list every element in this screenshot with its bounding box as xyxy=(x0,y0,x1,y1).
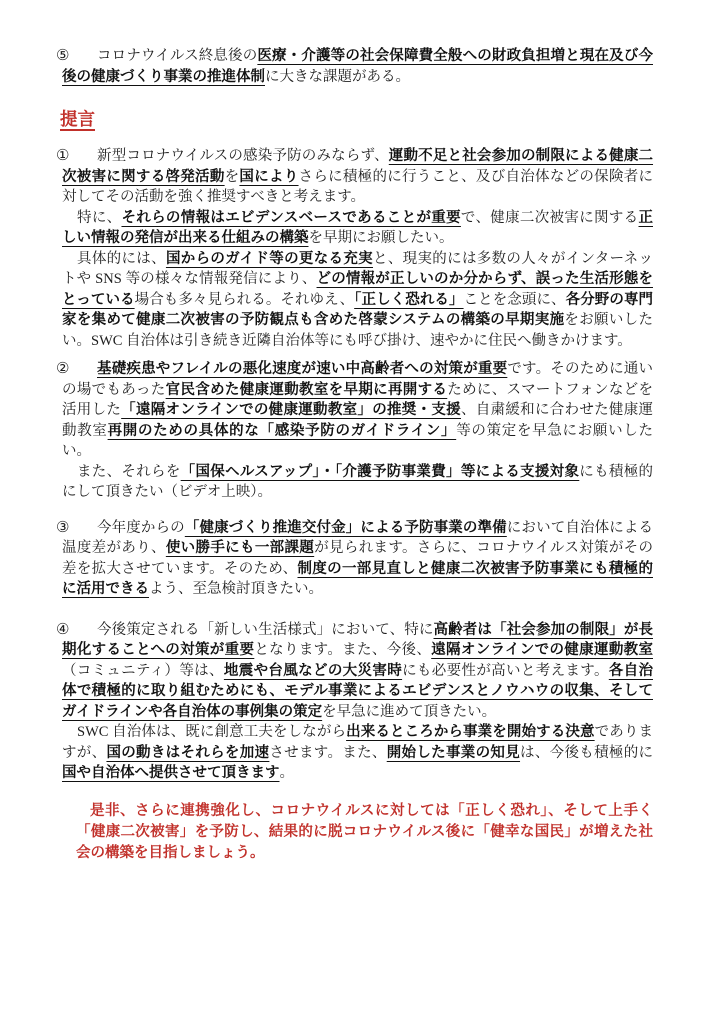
text-run: ことを念頭に、 xyxy=(464,292,566,308)
item-marker-5: ⑤ xyxy=(56,46,69,67)
text-run: よう、至急検討頂きたい。 xyxy=(149,581,323,597)
text-run: 。 xyxy=(280,765,295,781)
text-run: 新型コロナウイルスの感染予防のみならず、 xyxy=(97,148,389,164)
text-run: コロナウイルス終息後の xyxy=(97,48,257,64)
proposal-item-3: ③ 今年度からの「健康づくり推進交付金」による予防事業の準備において自治体による… xyxy=(62,518,653,600)
item-marker-1: ① xyxy=(56,146,69,167)
text-run: SWC 自治体は、既に創意工夫をしながら xyxy=(77,724,346,740)
item-paragraph: 今後策定される「新しい生活様式」において、特に高齢者は「社会参加の制限」が長期化… xyxy=(62,620,653,723)
item-paragraph: SWC 自治体は、既に創意工夫をしながら出来るところから事業を開始する決意であり… xyxy=(62,722,653,784)
section-heading-proposal: 提言 xyxy=(60,108,95,131)
item-marker-4: ④ xyxy=(56,620,69,641)
text-run: 遠隔オンラインでの健康運動教室 xyxy=(431,642,653,658)
item-paragraph: 今年度からの「健康づくり推進交付金」による予防事業の準備において自治体による温度… xyxy=(62,518,653,600)
item-paragraph: コロナウイルス終息後の医療・介護等の社会保障費全般への財政負担増と現在及び今後の… xyxy=(62,46,653,87)
text-run: 「国保ヘルスアップ」・「介護予防事業費」等による支援対象 xyxy=(181,464,580,480)
text-run: に大きな課題がある。 xyxy=(265,69,410,85)
item-marker-3: ③ xyxy=(56,518,69,539)
text-run: それらの情報はエビデンスベースであることが重要 xyxy=(121,210,460,226)
text-run: 地震や台風などの大災害時 xyxy=(224,663,402,679)
closing-remark: 是非、さらに連携強化し、コロナウイルスに対しては「正しく恐れ」、そして上手く「健… xyxy=(76,801,653,864)
text-run: 基礎疾患やフレイルの悪化速度が速い中高齢者への対策が重要 xyxy=(97,361,507,377)
text-run: 今後策定される「新しい生活様式」において、特に xyxy=(97,622,434,638)
item-paragraph: 基礎疾患やフレイルの悪化速度が速い中高齢者への対策が重要です。そのために通いの場… xyxy=(62,359,653,462)
proposal-item-1: ① 新型コロナウイルスの感染予防のみならず、運動不足と社会参加の制限による健康二… xyxy=(62,146,653,351)
text-run: となります。また、今後、 xyxy=(254,642,431,658)
text-run: 「健康づくり推進交付金」による予防事業の準備 xyxy=(185,520,507,536)
issue-item-5: ⑤ コロナウイルス終息後の医療・介護等の社会保障費全般への財政負担増と現在及び今… xyxy=(62,46,653,87)
text-run: 国や自治体へ提供させて頂きます xyxy=(62,765,280,781)
text-run: 国により xyxy=(239,169,298,185)
text-run: を早期にお願したい。 xyxy=(309,230,454,246)
text-run: を早急に進めて頂きたい。 xyxy=(322,704,496,720)
item-paragraph: 具体的には、国からのガイド等の更なる充実と、現実的には多数の人々がインターネット… xyxy=(62,249,653,352)
text-run: 国からのガイド等の更なる充実 xyxy=(166,251,373,267)
item-paragraph: また、それらを「国保ヘルスアップ」・「介護予防事業費」等による支援対象にも積極的… xyxy=(62,462,653,503)
text-run: 出来るところから事業を開始する決意 xyxy=(346,724,595,740)
text-run: 開始した事業の知見 xyxy=(387,745,520,761)
proposal-item-2: ② 基礎疾患やフレイルの悪化速度が速い中高齢者への対策が重要です。そのために通い… xyxy=(62,359,653,503)
text-run: にも必要性が高いと考えます。 xyxy=(402,663,609,679)
text-run: 「遠隔オンラインでの健康運動教室」の推奨・支援 xyxy=(121,402,461,418)
proposal-item-4: ④ 今後策定される「新しい生活様式」において、特に高齢者は「社会参加の制限」が長… xyxy=(62,620,653,784)
text-run: 再開のための具体的な「感染予防のガイドライン」 xyxy=(108,423,457,439)
text-run: 使い勝手にも一部課題 xyxy=(166,540,314,556)
document-page: ⑤ コロナウイルス終息後の医療・介護等の社会保障費全般への財政負担増と現在及び今… xyxy=(0,0,711,1024)
text-run: 特に、 xyxy=(77,210,121,226)
text-run: 場合も多々見られる。それゆえ、 xyxy=(135,292,355,308)
text-run: 今年度からの xyxy=(97,520,185,536)
item-marker-2: ② xyxy=(56,359,69,380)
text-run: を xyxy=(225,169,240,185)
text-run: 官民含めた健康運動教室を早期に再開する xyxy=(166,382,448,398)
text-run: は、今後も積極的に xyxy=(520,745,653,761)
item-paragraph: 特に、それらの情報はエビデンスベースであることが重要で、健康二次被害に関する正し… xyxy=(62,208,653,249)
text-run: また、それらを xyxy=(77,464,181,480)
item-paragraph: 新型コロナウイルスの感染予防のみならず、運動不足と社会参加の制限による健康二次被… xyxy=(62,146,653,208)
text-run: （コミュニティ）等は、 xyxy=(62,663,224,679)
text-run: させます。また、 xyxy=(269,745,386,761)
text-run: 国の動きはそれらを加速 xyxy=(106,745,269,761)
text-run: 具体的には、 xyxy=(77,251,166,267)
text-run: 「正しく恐れる」 xyxy=(354,292,463,308)
text-run: で、健康二次被害に関する xyxy=(461,210,639,226)
text-run: 是非、さらに連携強化し、コロナウイルスに対しては「正しく恐れ」、そして上手く「健… xyxy=(76,803,653,861)
